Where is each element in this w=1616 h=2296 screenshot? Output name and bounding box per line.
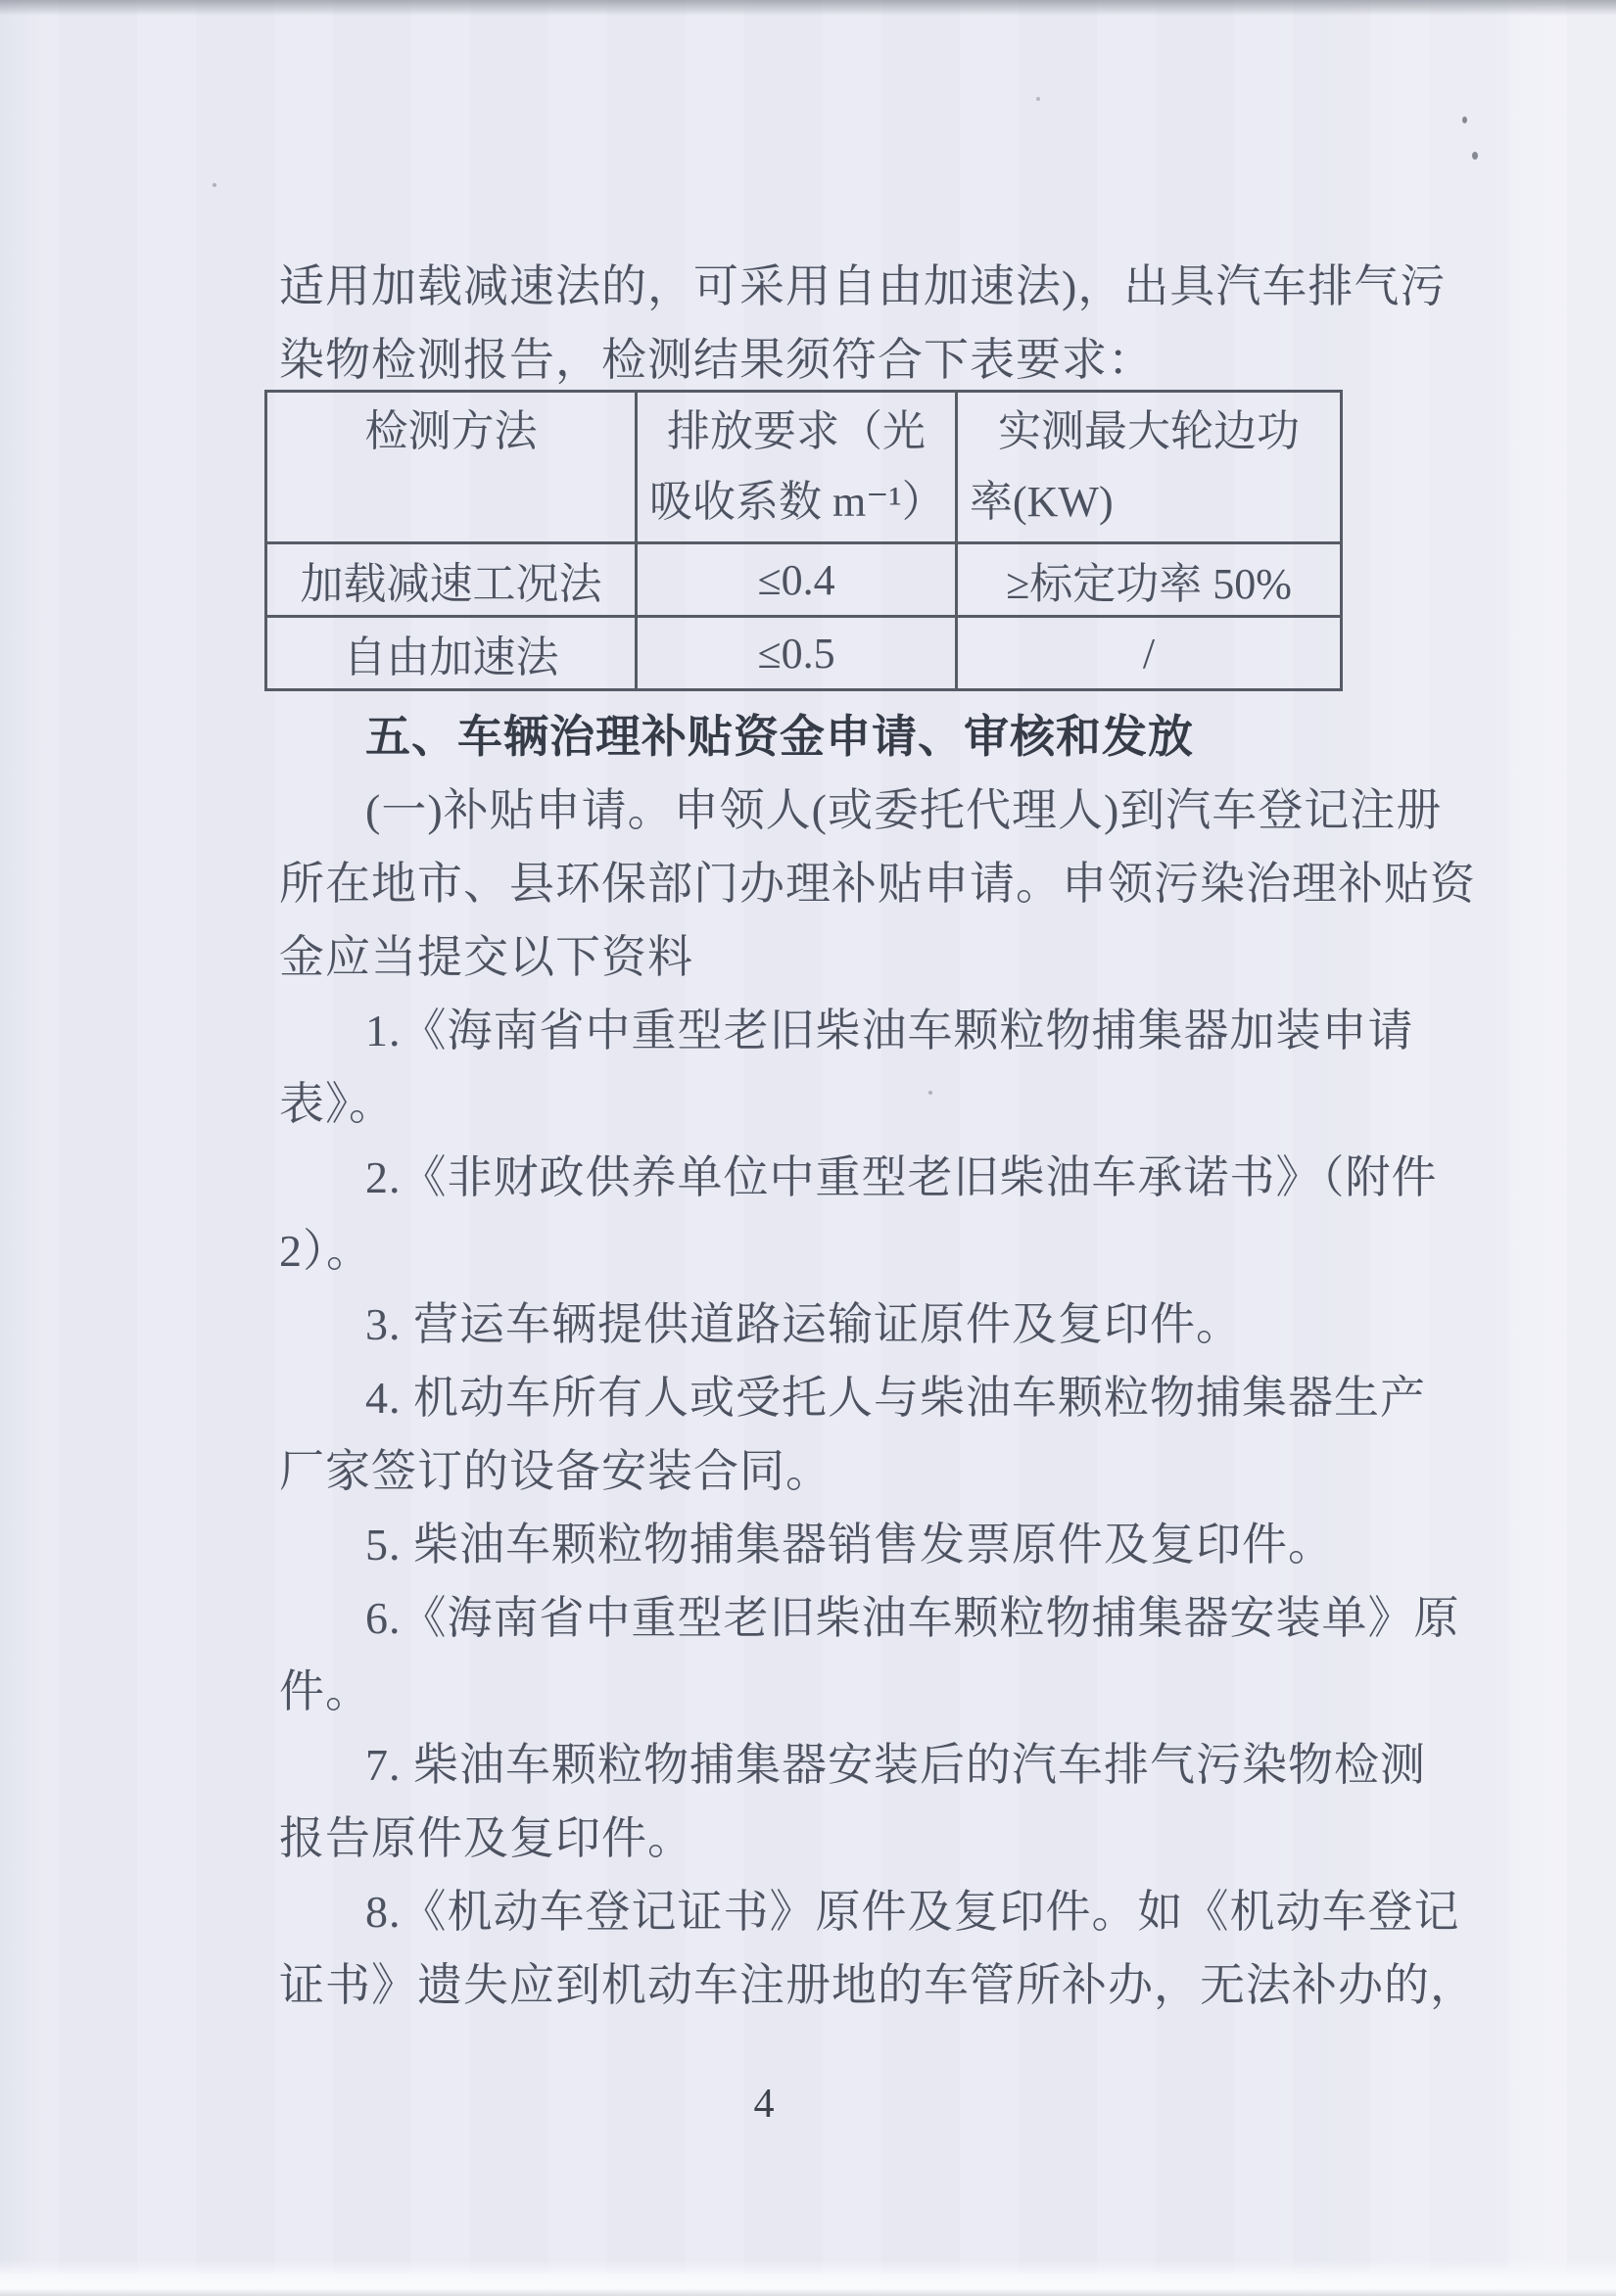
text-line: 染物检测报告，检测结果须符合下表要求： [279, 323, 1446, 397]
text-line: 金应当提交以下资料 [279, 920, 1494, 994]
text-line: 适用加载减速法的，可采用自由加速法)，出具汽车排气污 [279, 250, 1446, 323]
header-line: 率(KW) [958, 467, 1340, 538]
text-line: 证书》遗失应到机动车注册地的车管所补办，无法补办的， [279, 1948, 1494, 2022]
text-line: 厂家签订的设备安装合同。 [279, 1434, 1494, 1508]
emission-requirements-table: 检测方法 排放要求（光 吸收系数 m⁻¹） 实测最大轮边功 率(KW) 加载减速… [264, 390, 1343, 691]
text-line: 表》。 [279, 1067, 1494, 1141]
intro-paragraph: 适用加载减速法的，可采用自由加速法)，出具汽车排气污 染物检测报告，检测结果须符… [279, 250, 1446, 397]
cell-power: ≥标定功率 50% [957, 543, 1342, 617]
cell-requirement: ≤0.5 [637, 617, 957, 690]
text-line: 报告原件及复印件。 [279, 1802, 1494, 1875]
text-line: (一)补贴申请。申领人(或委托代理人)到汽车登记注册 [279, 773, 1494, 847]
header-line: 实测最大轮边功 [958, 397, 1340, 467]
table-row: 自由加速法 ≤0.5 / [266, 617, 1342, 690]
dust-speck [928, 1091, 932, 1095]
cell-requirement: ≤0.4 [637, 543, 957, 617]
scanned-document-page: 适用加载减速法的，可采用自由加速法)，出具汽车排气污 染物检测报告，检测结果须符… [0, 0, 1616, 2296]
scan-artifact-top-edge [0, 0, 1616, 16]
header-line: 排放要求（光 [638, 397, 955, 467]
text-line: 2.《非财政供养单位中重型老旧柴油车承诺书》（附件 [279, 1141, 1494, 1214]
table-header-row: 检测方法 排放要求（光 吸收系数 m⁻¹） 实测最大轮边功 率(KW) [266, 392, 1342, 543]
text-line: 所在地市、县环保部门办理补贴申请。申领污染治理补贴资 [279, 847, 1494, 920]
dust-speck [1472, 152, 1478, 160]
header-cell-method: 检测方法 [266, 392, 637, 543]
text-line: 6.《海南省中重型老旧柴油车颗粒物捕集器安装单》原 [279, 1581, 1494, 1655]
cell-method: 加载减速工况法 [266, 543, 637, 617]
section-heading: 五、车辆治理补贴资金申请、审核和发放 [279, 700, 1494, 773]
page-number: 4 [737, 2081, 791, 2128]
text-line: 5. 柴油车颗粒物捕集器销售发票原件及复印件。 [279, 1508, 1494, 1581]
text-line: 2）。 [279, 1214, 1494, 1288]
header-cell-measured-power: 实测最大轮边功 率(KW) [957, 392, 1342, 543]
header-cell-emission-requirement: 排放要求（光 吸收系数 m⁻¹） [637, 392, 957, 543]
text-line: 4. 机动车所有人或受托人与柴油车颗粒物捕集器生产 [279, 1361, 1494, 1434]
dust-speck [1462, 117, 1467, 123]
scan-artifact-bottom-shadow [0, 2288, 1616, 2296]
header-line: 吸收系数 m⁻¹） [638, 467, 955, 538]
text-line: 8.《机动车登记证书》原件及复印件。如《机动车登记 [279, 1875, 1494, 1948]
text-line: 3. 营运车辆提供道路运输证原件及复印件。 [279, 1288, 1494, 1361]
header-line: 检测方法 [267, 397, 635, 467]
text-line: 7. 柴油车颗粒物捕集器安装后的汽车排气污染物检测 [279, 1728, 1494, 1802]
dust-speck [1036, 97, 1040, 101]
table-row: 加载减速工况法 ≤0.4 ≥标定功率 50% [266, 543, 1342, 617]
text-line: 1.《海南省中重型老旧柴油车颗粒物捕集器加装申请 [279, 994, 1494, 1067]
cell-power: / [957, 617, 1342, 690]
body-text: 五、车辆治理补贴资金申请、审核和发放 (一)补贴申请。申领人(或委托代理人)到汽… [279, 700, 1494, 2022]
dust-speck [213, 183, 216, 187]
text-line: 件。 [279, 1655, 1494, 1728]
cell-method: 自由加速法 [266, 617, 637, 690]
